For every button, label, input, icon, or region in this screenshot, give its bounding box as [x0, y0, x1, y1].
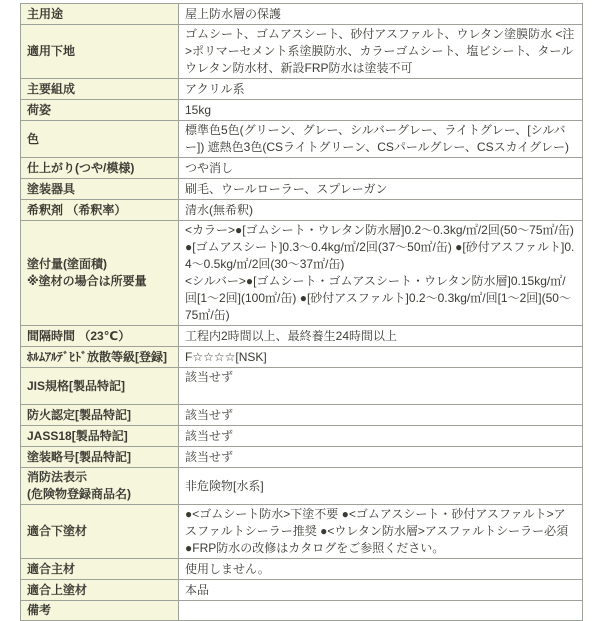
table-row-fire-certification: 防火認定[製品特記] 該当せず — [21, 405, 583, 426]
spec-value: 該当せず — [179, 426, 583, 447]
spec-label: 消防法表示 (危険物登録商品名) — [21, 468, 179, 505]
table-row-finish: 仕上がり(つや/模様) つや消し — [21, 158, 583, 179]
table-row-remarks: 備考 — [21, 601, 583, 621]
spec-value: 使用しません。 — [179, 559, 583, 580]
spec-label: 塗装略号[製品特記] — [21, 447, 179, 468]
spec-label: 希釈剤 （希釈率） — [21, 200, 179, 221]
spec-label: 塗付量(塗面積) ※塗材の場合は所要量 — [21, 221, 179, 326]
spec-label: 備考 — [21, 601, 179, 621]
table-row-thinner: 希釈剤 （希釈率） 清水(無希釈) — [21, 200, 583, 221]
spec-label: 適合上塗材 — [21, 580, 179, 601]
table-row-color: 色 標準色5色(グリーン、グレー、シルバーグレー、ライトグレー、[シルバー]) … — [21, 121, 583, 158]
spec-value: 本品 — [179, 580, 583, 601]
table-row-package: 荷姿 15kg — [21, 100, 583, 121]
spec-value: 屋上防水層の保護 — [179, 4, 583, 25]
spec-label: 適合下塗材 — [21, 505, 179, 559]
spec-value: 15kg — [179, 100, 583, 121]
spec-value — [179, 601, 583, 621]
spec-label: 間隔時間 （23℃） — [21, 326, 179, 347]
table-row-fire-service-law: 消防法表示 (危険物登録商品名) 非危険物[水系] — [21, 468, 583, 505]
spec-value: つや消し — [179, 158, 583, 179]
spec-label: 防火認定[製品特記] — [21, 405, 179, 426]
spec-label: 色 — [21, 121, 179, 158]
product-spec-page: 主用途 屋上防水層の保護 適用下地 ゴムシート、ゴムアスシート、砂付アスファルト… — [0, 0, 600, 600]
spec-value: 該当せず — [179, 405, 583, 426]
spec-value: 非危険物[水系] — [179, 468, 583, 505]
spec-value: 清水(無希釈) — [179, 200, 583, 221]
table-row-main-composition: 主要組成 アクリル系 — [21, 79, 583, 100]
spec-value: 標準色5色(グリーン、グレー、シルバーグレー、ライトグレー、[シルバー]) 遮熱… — [179, 121, 583, 158]
table-row-formaldehyde-rating: ﾎﾙﾑｱﾙﾃﾞﾋﾄﾞ放散等級[登録] F☆☆☆☆[NSK] — [21, 347, 583, 368]
spec-label: 仕上がり(つや/模様) — [21, 158, 179, 179]
table-row-coverage: 塗付量(塗面積) ※塗材の場合は所要量 <カラー>●[ゴムシート・ウレタン防水層… — [21, 221, 583, 326]
table-row-applicable-substrate: 適用下地 ゴムシート、ゴムアスシート、砂付アスファルト、ウレタン塗膜防水 <注>… — [21, 25, 583, 79]
spec-value: ●<ゴムシート防水>下塗不要 ●<ゴムアスシート・砂付アスファルト>アスファルト… — [179, 505, 583, 559]
table-row-coating-code: 塗装略号[製品特記] 該当せず — [21, 447, 583, 468]
spec-label: 適用下地 — [21, 25, 179, 79]
spec-label: ﾎﾙﾑｱﾙﾃﾞﾋﾄﾞ放散等級[登録] — [21, 347, 179, 368]
table-row-main-use: 主用途 屋上防水層の保護 — [21, 4, 583, 25]
table-row-tools: 塗装器具 刷毛、ウールローラー、スプレーガン — [21, 179, 583, 200]
spec-value: 該当せず — [179, 447, 583, 468]
spec-label: 主用途 — [21, 4, 179, 25]
spec-value: 該当せず — [179, 368, 583, 405]
spec-label: 主要組成 — [21, 79, 179, 100]
spec-label: 荷姿 — [21, 100, 179, 121]
spec-value: <カラー>●[ゴムシート・ウレタン防水層]0.2～0.3kg/㎡/2回(50～7… — [179, 221, 583, 326]
spec-label: JIS規格[製品特記] — [21, 368, 179, 405]
spec-label: 塗装器具 — [21, 179, 179, 200]
table-row-compatible-topcoat: 適合上塗材 本品 — [21, 580, 583, 601]
table-row-compatible-base-material: 適合主材 使用しません。 — [21, 559, 583, 580]
spec-value: アクリル系 — [179, 79, 583, 100]
table-row-jass18: JASS18[製品特記] 該当せず — [21, 426, 583, 447]
product-spec-table: 主用途 屋上防水層の保護 適用下地 ゴムシート、ゴムアスシート、砂付アスファルト… — [20, 3, 583, 621]
spec-value: 刷毛、ウールローラー、スプレーガン — [179, 179, 583, 200]
table-row-jis-standard: JIS規格[製品特記] 該当せず — [21, 368, 583, 405]
table-row-compatible-primer: 適合下塗材 ●<ゴムシート防水>下塗不要 ●<ゴムアスシート・砂付アスファルト>… — [21, 505, 583, 559]
table-row-interval-time: 間隔時間 （23℃） 工程内2時間以上、最終養生24時間以上 — [21, 326, 583, 347]
spec-value: ゴムシート、ゴムアスシート、砂付アスファルト、ウレタン塗膜防水 <注>ポリマーセ… — [179, 25, 583, 79]
spec-label: JASS18[製品特記] — [21, 426, 179, 447]
spec-value: F☆☆☆☆[NSK] — [179, 347, 583, 368]
spec-label: 適合主材 — [21, 559, 179, 580]
spec-value: 工程内2時間以上、最終養生24時間以上 — [179, 326, 583, 347]
